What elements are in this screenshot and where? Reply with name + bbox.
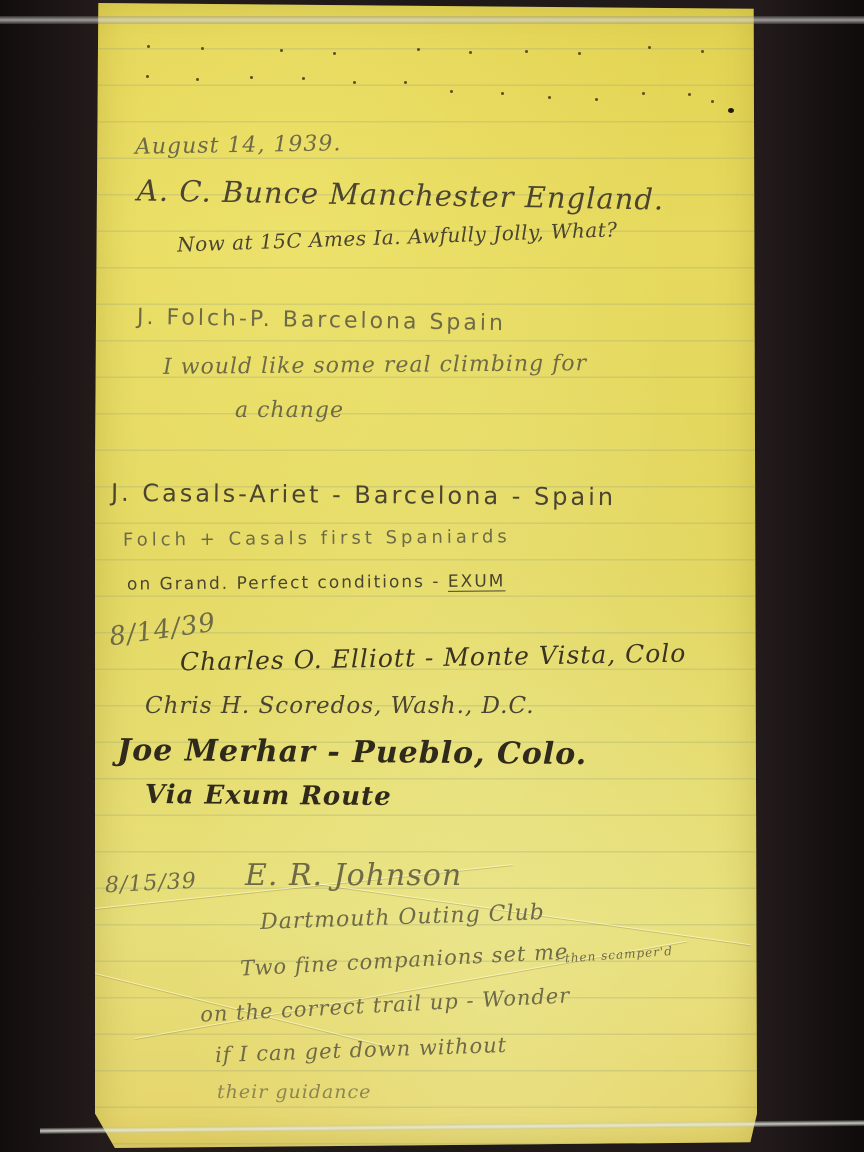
- entry-1-date: August 14, 1939.: [135, 131, 342, 160]
- entry-5-date: 8/15/39: [104, 869, 197, 899]
- entry-2-comment-line-1: I would like some real climbing for: [163, 351, 587, 380]
- glass-reflection-top: [0, 16, 864, 24]
- entry-4-route: Via Exum Route: [145, 780, 392, 812]
- entry-2-comment-line-2: a change: [235, 398, 344, 423]
- entry-3-comment-line-1: Folch + Casals first Spaniards: [123, 526, 511, 550]
- entry-3-comment-line-2: on Grand. Perfect conditions -: [127, 572, 441, 595]
- entry-5-name: E. R. Johnson: [245, 858, 462, 893]
- entry-4-name-line-2: Chris H. Scoredos, Wash., D.C.: [145, 693, 535, 719]
- entry-4-name-line-3: Joe Merhar - Pueblo, Colo.: [117, 733, 587, 772]
- entry-3-name: J. Casals-Ariet - Barcelona - Spain: [111, 479, 616, 511]
- entry-3-exum-underlined: EXUM: [448, 571, 506, 592]
- entry-5-comment-line-4: their guidance: [217, 1081, 371, 1103]
- yellow-legal-paper-sheet: August 14, 1939. A. C. Bunce Manchester …: [95, 3, 757, 1148]
